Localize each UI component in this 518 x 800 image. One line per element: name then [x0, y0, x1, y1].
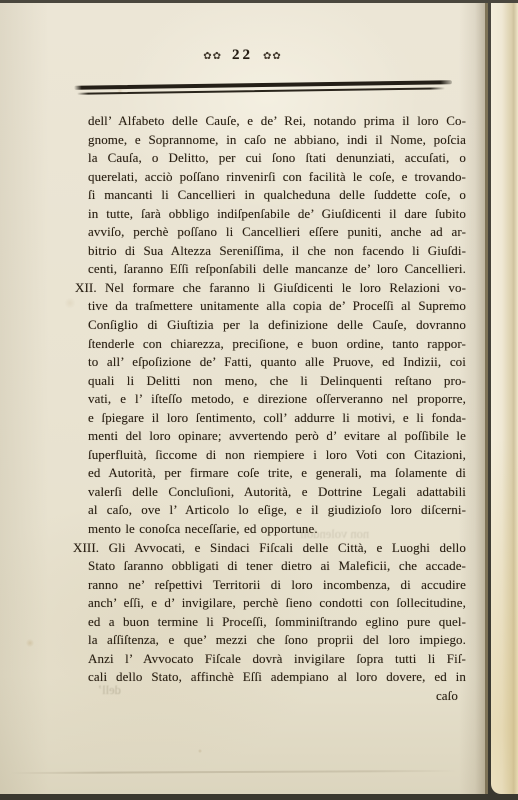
page-paper: ✿✿ 22 ✿✿ dell’ Alfabeto delle Cauſe, e d…: [0, 3, 488, 794]
text-line: mento le conoſca neceſſarie, ed opportun…: [88, 520, 466, 539]
bleed-through-text: non volendoli: [300, 527, 369, 542]
fleuron-left-icon: ✿✿: [203, 51, 222, 62]
paragraph-xii: XII. Nel formare che faranno li Giuſdice…: [88, 279, 466, 539]
text-line: XII. Nel formare che faranno li Giuſdice…: [75, 279, 466, 298]
text-line: gnome, e Soprannome, in caſo ne abbiano,…: [88, 131, 466, 150]
text-line: cali dello Stato, affinchè Eſſi adempian…: [88, 668, 466, 687]
text-line: ranno ne’ reſpettivi Territorii di loro …: [88, 576, 466, 595]
text-line: Anzi l’ Avvocato Fiſcale dovrà invigilar…: [88, 650, 466, 669]
page-header: ✿✿ 22 ✿✿: [0, 47, 485, 64]
book-page-photo: ✿✿ 22 ✿✿ dell’ Alfabeto delle Cauſe, e d…: [0, 0, 518, 800]
text-line: tive da traſmettere unitamente alla copi…: [88, 297, 466, 316]
text-line: Stato ſaranno obbligati di tener dietro …: [88, 557, 466, 576]
text-line: la Cauſa, o Delitto, per cui ſono ſtati …: [88, 149, 466, 168]
text-line: ſi mancanti li Cancellieri in qualchedun…: [88, 186, 466, 205]
text-line: quali li Delitti non meno, che li Delinq…: [88, 372, 466, 391]
text-line: Conſiglio di Giuſtizia per la definizion…: [88, 316, 466, 335]
text-line: e ſpiegare il loro ſentimento, coll’ add…: [88, 409, 466, 428]
text-line: querelati, acciò poſſano rinvenirſi con …: [88, 168, 466, 187]
text-line: to all’ eſpoſizione de’ Fatti, quanto al…: [88, 353, 466, 372]
text-line: al caſo, ove l’ Articolo lo eſige, e il …: [88, 501, 466, 520]
text-line: avviſo, perchè poſſano li Cancellieri eſ…: [88, 223, 466, 242]
catchword: caſo: [88, 687, 466, 706]
text-line: la aſſiſtenza, e que’ mezzi che ſono pro…: [88, 631, 466, 650]
paragraph-xiii: XIII. Gli Avvocati, e Sindaci Fiſcali de…: [88, 539, 466, 687]
text-line: ed Autorità, per firmare coſe trite, e g…: [88, 464, 466, 483]
text-line: valerſi delle Concluſioni, Autorità, e D…: [88, 483, 466, 502]
text-line: ed a buon termine li Proceſſi, ſomminiſt…: [88, 613, 466, 632]
paper-crease: [10, 770, 457, 774]
page-number: 22: [232, 47, 253, 64]
fleuron-right-icon: ✿✿: [263, 51, 282, 62]
text-block: dell’ Alfabeto delle Cauſe, e de’ Rei, n…: [88, 112, 466, 706]
text-line: XIII. Gli Avvocati, e Sindaci Fiſcali de…: [73, 539, 466, 558]
bleed-through-text: dell’: [98, 683, 121, 698]
double-rule-divider: [74, 80, 452, 94]
text-line: menti del loro opinare; avvertendo però …: [88, 427, 466, 446]
text-line: bitrio di Sua Altezza Sereniſſima, il ch…: [88, 242, 466, 261]
paragraph-continuation: dell’ Alfabeto delle Cauſe, e de’ Rei, n…: [88, 112, 466, 279]
text-line: in tutte, ſarà obbligo indiſpenſabile de…: [88, 205, 466, 224]
text-line: dell’ Alfabeto delle Cauſe, e de’ Rei, n…: [88, 112, 466, 131]
text-line: vati, e l’ iſteſſo metodo, e direzione o…: [88, 390, 466, 409]
text-line: ſuperfluità, ſiccome di non riempiere i …: [88, 446, 466, 465]
text-line: centi, ſaranno Eſſi reſponſabili delle m…: [88, 260, 466, 279]
text-line: anch’ eſſi, e d’ invigilare, perchè ſien…: [88, 594, 466, 613]
text-line: ſtenderle con chiarezza, preciſione, e b…: [88, 335, 466, 354]
next-page-edge: [491, 3, 518, 794]
